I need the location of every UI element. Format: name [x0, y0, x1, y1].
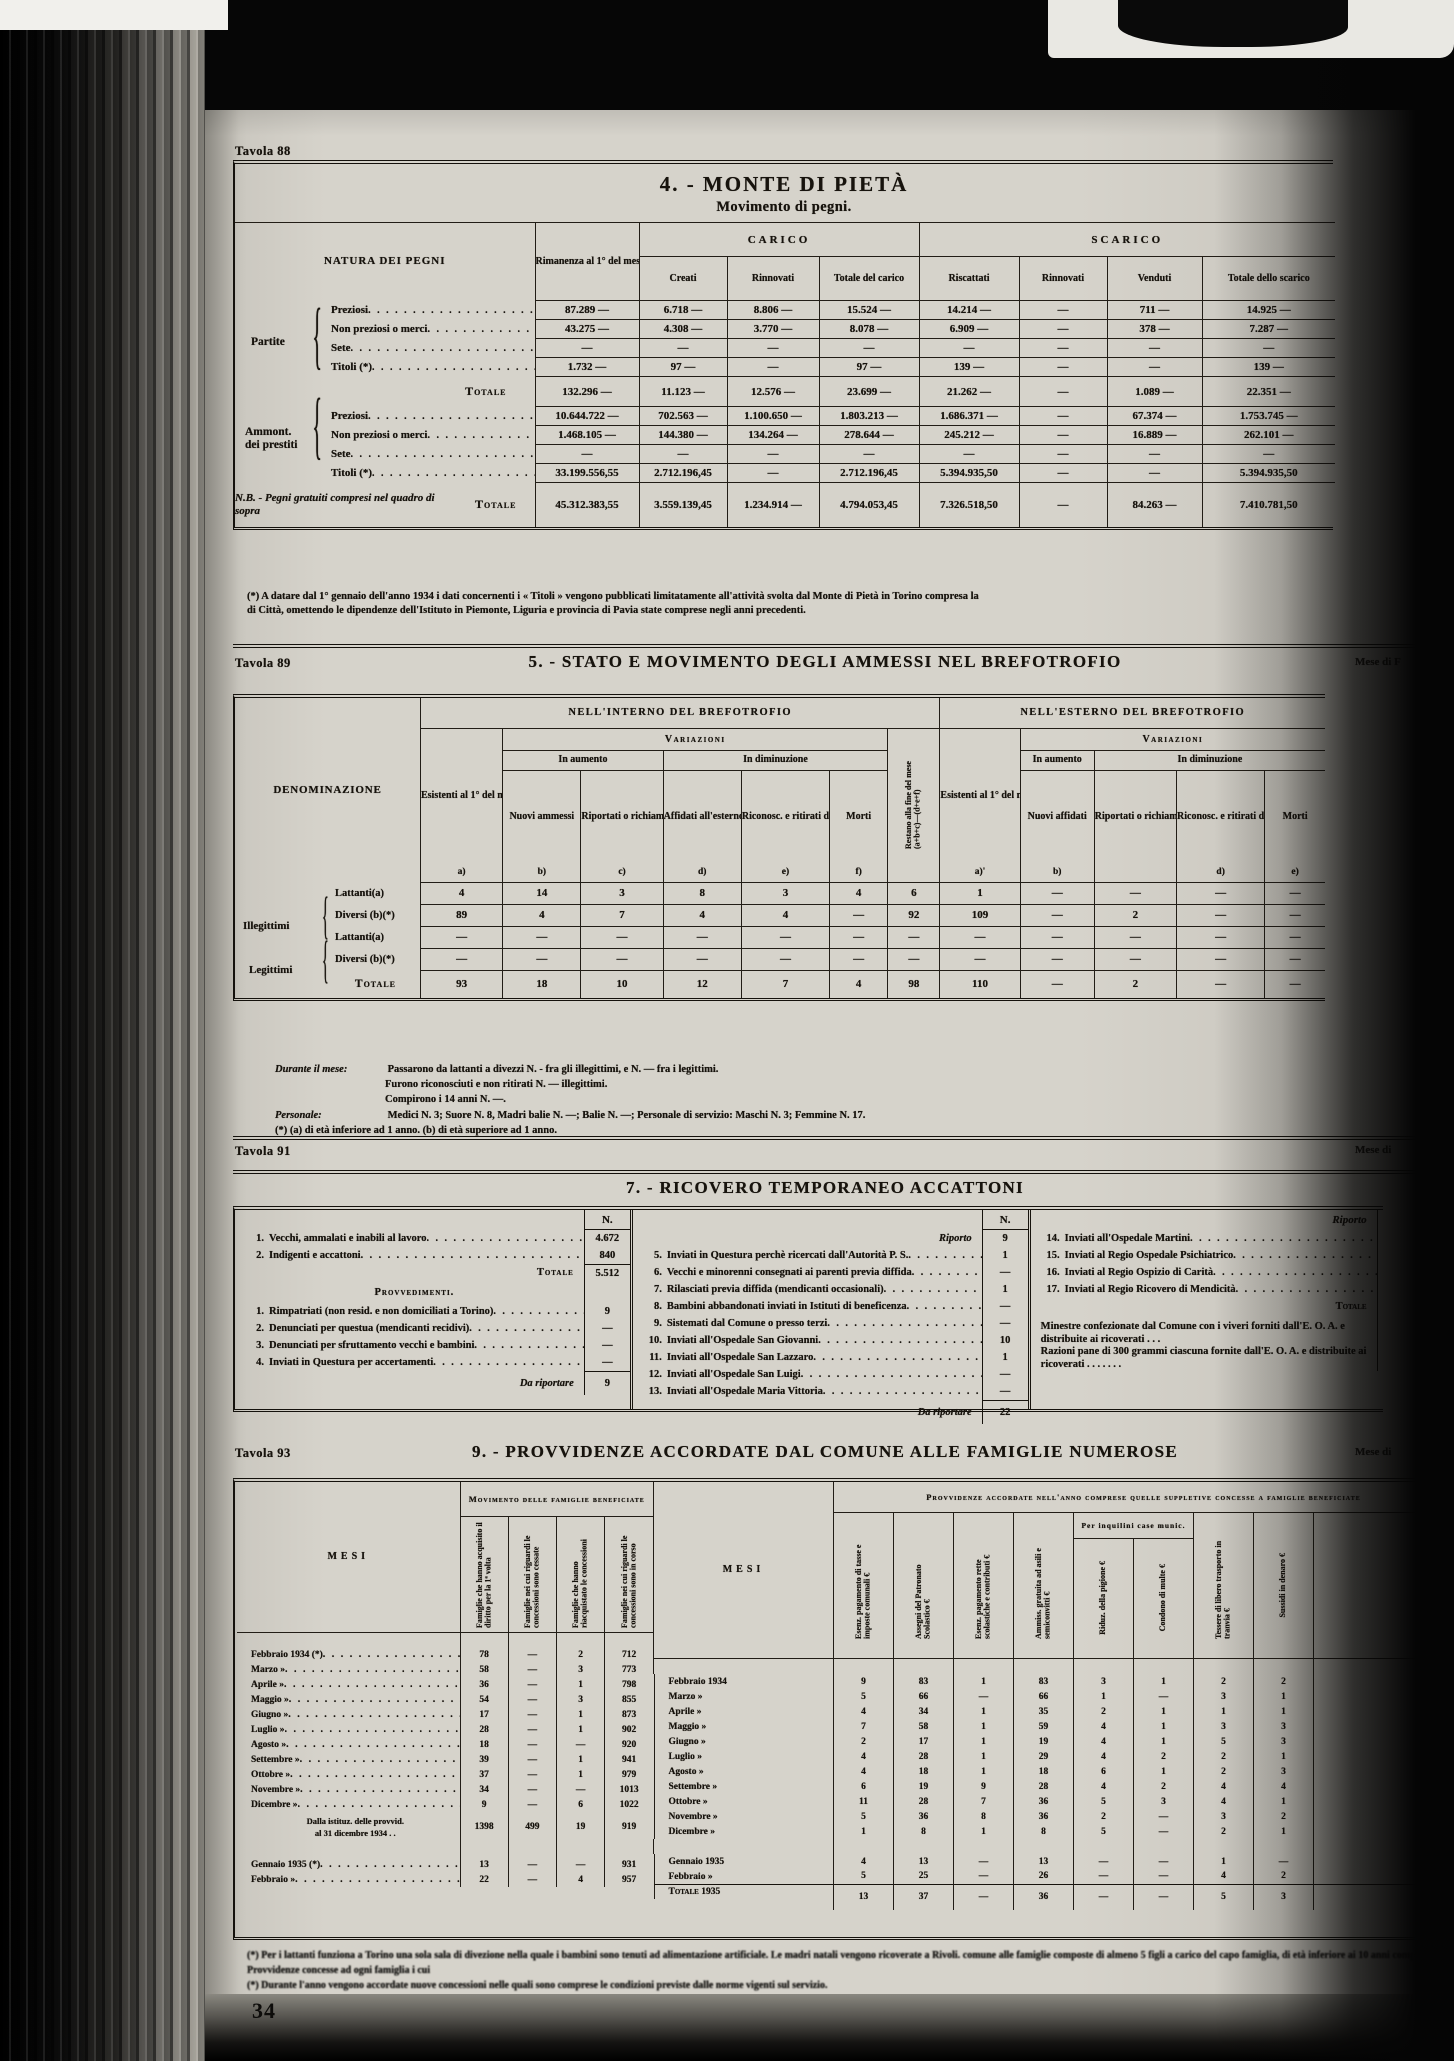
minestre-note: Minestre confezionate dal Comune con i v…	[1031, 1315, 1377, 1346]
cell: —	[1107, 445, 1202, 464]
item-number: 17.	[1041, 1284, 1065, 1295]
list-item: 17.Inviati al Regio Ricovero di Mendicit…	[1031, 1281, 1377, 1298]
cell: 7	[954, 1794, 1014, 1809]
provvidenze-table: MESI Movimento delle famiglie beneficiat…	[233, 1478, 1453, 1940]
table-row: Maggio » 54 — 3 855	[237, 1692, 653, 1707]
cell: 54	[460, 1692, 508, 1707]
totale-value: 5.512	[584, 1264, 630, 1281]
leader-dots	[427, 323, 534, 335]
leader-dots	[1190, 1233, 1377, 1244]
list-item: 6.Vecchi e minorenni consegnati ai paren…	[633, 1264, 982, 1281]
cell: 25	[894, 1869, 954, 1884]
cell: —	[1019, 358, 1107, 377]
item-value: 10	[982, 1332, 1028, 1349]
cell: 16.889 —	[1107, 426, 1202, 445]
rot-col-1-text: Famiglie che hanno acquisito il diritto …	[476, 1520, 493, 1628]
item-value: —	[982, 1315, 1028, 1332]
cell: 9	[460, 1797, 508, 1812]
tavola-88-label: Tavola 88	[235, 144, 291, 159]
cell: —	[1019, 320, 1107, 339]
cell: 3	[741, 882, 829, 904]
month-label: Ottobre »	[654, 1794, 834, 1809]
cell: 13	[894, 1854, 954, 1869]
cell: —	[1107, 464, 1202, 483]
month-text: Gennaio 1935	[669, 1857, 725, 1867]
leader-dots	[813, 1352, 981, 1363]
table-row: Aprile » 4 34 1 35 2 1 1 1	[654, 1704, 1454, 1719]
totale-text: Totale 1935	[669, 1887, 721, 1897]
nb-note: N.B. - Pegni gratuiti compresi nel quadr…	[235, 492, 435, 517]
rot-col-condono: Condono di multe €	[1134, 1538, 1194, 1658]
list-item: 8.Bambini abbandonati inviati in Istitut…	[633, 1298, 982, 1315]
table-row: Febbraio » 22 — 4 957	[237, 1872, 653, 1887]
leader-dots	[300, 1754, 460, 1765]
cell: 97 —	[819, 358, 919, 377]
cell: 1	[556, 1707, 604, 1722]
cell	[1314, 1719, 1454, 1734]
cell: —	[508, 1692, 556, 1707]
cell: —	[508, 1872, 556, 1887]
cell: 1	[954, 1824, 1014, 1839]
cell: —	[919, 445, 1019, 464]
cell: 35	[1014, 1704, 1074, 1719]
row-label-text: Lattanti(a)	[335, 932, 384, 943]
item-label: Inviati all'Ospedale San Giovanni	[667, 1335, 818, 1346]
col-aumento-est: In aumento	[1020, 750, 1094, 770]
cell: 1	[834, 1824, 894, 1839]
rot-col-assegni: Assegni del Patronato Scolastico €	[894, 1512, 954, 1658]
item-value: 840	[584, 1247, 630, 1264]
da-riportare-label: Da riportare	[633, 1400, 982, 1424]
cell: 1	[1134, 1764, 1194, 1779]
leader-dots	[801, 1369, 982, 1380]
cell: 711 —	[1107, 301, 1202, 320]
cell: 4	[1254, 1779, 1314, 1794]
rot-col-esenz: Esenz. pagamento di tasse e imposte comu…	[834, 1512, 894, 1658]
col-variazioni-est: Variazioni	[1020, 728, 1325, 750]
cell: 4	[503, 904, 581, 926]
cell: 5	[1194, 1734, 1254, 1749]
cell: 2	[1254, 1869, 1314, 1884]
cell: 37	[460, 1767, 508, 1782]
cell: —	[954, 1689, 1014, 1704]
cell: —	[508, 1662, 556, 1677]
cell: —	[830, 948, 888, 970]
month-text: Agosto »	[669, 1767, 704, 1777]
leader-dots	[433, 1357, 584, 1368]
spacer	[1014, 1839, 1074, 1854]
row-label-text: Preziosi	[331, 410, 368, 422]
tavola-91-label: Tavola 91	[235, 1144, 291, 1159]
table-row: Diversi (b)(*) — — — — — — — — — — — —	[235, 948, 1325, 970]
cell: 26	[1014, 1869, 1074, 1884]
item-value: —	[982, 1366, 1028, 1383]
cell: 11	[834, 1794, 894, 1809]
rot-col-rette-text: Esenz. pagamento rette scolastiche e con…	[975, 1531, 992, 1639]
cell: 7	[741, 970, 829, 998]
cell: 6	[888, 882, 940, 904]
month-text: Agosto »	[251, 1740, 286, 1750]
month-label: Febbraio 1934	[654, 1674, 834, 1689]
spacer	[605, 1842, 653, 1857]
cell: 43.275 —	[535, 320, 639, 339]
cell: 23.699 —	[819, 377, 919, 407]
item-label: Inviati all'Ospedale San Luigi	[667, 1369, 801, 1380]
item-number: 13.	[643, 1386, 667, 1397]
col-interno: NELL'INTERNO DEL BREFOTROFIO	[421, 698, 940, 728]
cell: 18	[1014, 1764, 1074, 1779]
cell: 34	[894, 1704, 954, 1719]
spacer	[508, 1842, 556, 1857]
note-line: Passarono da lattanti a divezzi N. - fra…	[388, 1064, 719, 1075]
monte-footnote: (*) A datare dal 1° gennaio dell'anno 19…	[247, 590, 1347, 618]
leader-dots	[372, 467, 534, 479]
provvidenze-right-grid: MESI Provvidenze accordate nell'anno com…	[653, 1482, 1453, 1910]
cell: 4	[834, 1704, 894, 1719]
spacer	[1074, 1839, 1134, 1854]
table-row: Dicembre » 1 8 1 8 5 — 2 1	[654, 1824, 1454, 1839]
item-value: —	[584, 1337, 630, 1354]
letter: f)	[830, 862, 888, 882]
month-label: Marzo »	[654, 1689, 834, 1704]
spacer	[1134, 1658, 1194, 1674]
col-nuovi-ammessi: Nuovi ammessi	[503, 770, 581, 862]
cell: 979	[605, 1767, 653, 1782]
spacer	[1254, 1658, 1314, 1674]
col-esistenti-est: Esistenti al 1° del mese	[940, 728, 1020, 862]
item-label: Inviati al Regio Ricovero di Mendicità	[1065, 1284, 1236, 1295]
month-label: Febbraio 1934 (*)	[237, 1647, 460, 1662]
month-label: Luglio »	[654, 1749, 834, 1764]
cell: 36	[1014, 1794, 1074, 1809]
cell: —	[1107, 358, 1202, 377]
row-label-text: Diversi (b)(*)	[335, 910, 395, 921]
cell: 1	[954, 1674, 1014, 1689]
cell	[1314, 1749, 1454, 1764]
item-label: Bambini abbandonati inviati in Istituti …	[667, 1301, 907, 1312]
list-item: 2.Indigenti e accattoni	[235, 1247, 584, 1264]
bottom-footnotes: (*) Per i lattanti funziona a Torino una…	[247, 1948, 1447, 1993]
cell: 13	[834, 1884, 894, 1910]
cell: 2	[834, 1734, 894, 1749]
spacer	[954, 1658, 1014, 1674]
monte-footnote-line1: (*) A datare dal 1° gennaio dell'anno 19…	[247, 591, 979, 602]
spacer	[834, 1658, 894, 1674]
cell: 36	[460, 1677, 508, 1692]
cell: 7	[581, 904, 663, 926]
list-item: 12.Inviati all'Ospedale San Luigi	[633, 1366, 982, 1383]
item-value: 9	[584, 1303, 630, 1320]
cell: 9	[954, 1779, 1014, 1794]
cell: 8	[894, 1824, 954, 1839]
riporto-label: Riporto	[633, 1230, 982, 1247]
cell: —	[1094, 882, 1176, 904]
leader-dots	[290, 1769, 459, 1780]
month-text: Gennaio 1935 (*)	[251, 1860, 320, 1870]
cell	[1314, 1764, 1454, 1779]
cell: —	[581, 948, 663, 970]
letter	[1094, 862, 1176, 882]
col-mesi: MESI	[237, 1482, 460, 1632]
cell: 1	[1194, 1854, 1254, 1869]
spacer	[1074, 1658, 1134, 1674]
cell: 12.576 —	[727, 377, 819, 407]
cell: 12	[663, 970, 741, 998]
cell: 1.100.650 —	[727, 407, 819, 426]
cell: 6	[556, 1797, 604, 1812]
leader-dots	[1213, 1267, 1376, 1278]
rot-col-esenz-text: Esenz. pagamento di tasse e imposte comu…	[855, 1531, 872, 1639]
rot-col-condono-text: Condono di multe €	[1159, 1564, 1167, 1631]
cell: —	[1265, 948, 1325, 970]
month-text: Ottobre »	[669, 1797, 708, 1807]
cell: —	[581, 926, 663, 948]
cell: 10	[581, 970, 663, 998]
month-label: Maggio »	[654, 1719, 834, 1734]
spacer	[556, 1632, 604, 1647]
col-denominazione: DENOMINAZIONE	[235, 698, 421, 882]
list-item: 1.Vecchi, ammalati e inabili al lavoro	[235, 1230, 584, 1247]
row-label: Titoli (*)	[235, 464, 535, 483]
cell: 2	[1094, 904, 1176, 926]
cell: 4.308 —	[639, 320, 727, 339]
cell: —	[1019, 426, 1107, 445]
letter: d)	[663, 862, 741, 882]
list-item: 14.Inviati all'Ospedale Martini	[1031, 1230, 1377, 1247]
cell: 36	[894, 1809, 954, 1824]
cell: —	[819, 339, 919, 358]
n-header: N.	[982, 1210, 1028, 1230]
divider-rule	[233, 1170, 1454, 1174]
ricovero-middle-block: N. Riporto 9 5.Inviati in Questura perch…	[630, 1210, 1028, 1409]
cell: —	[727, 445, 819, 464]
spacer	[508, 1632, 556, 1647]
cell: 1.753.745 —	[1202, 407, 1335, 426]
item-number: 2.	[245, 1323, 269, 1334]
cell: —	[830, 904, 888, 926]
ricovero-table: N. 1.Vecchi, ammalati e inabili al lavor…	[233, 1206, 1383, 1412]
month-text: Ottobre »	[251, 1770, 290, 1780]
cell: —	[421, 948, 503, 970]
cell: 1	[954, 1749, 1014, 1764]
cell: 6	[834, 1779, 894, 1794]
brefotrofio-notes: Durante il mese: Passarono da lattanti a…	[275, 1062, 1355, 1138]
cell: —	[1019, 339, 1107, 358]
cell: —	[556, 1857, 604, 1872]
spacer	[237, 1842, 460, 1857]
cell: 1	[1134, 1704, 1194, 1719]
spacer-row	[654, 1839, 1454, 1854]
list-item: 10.Inviati all'Ospedale San Giovanni	[633, 1332, 982, 1349]
provvidenze-left-grid: MESI Movimento delle famiglie beneficiat…	[237, 1482, 653, 1887]
item-label: Denunciati per sfruttamento vecchi e bam…	[269, 1340, 474, 1351]
ricovero-left-block: N. 1.Vecchi, ammalati e inabili al lavor…	[235, 1210, 630, 1409]
cell: —	[1020, 882, 1094, 904]
cell: —	[819, 445, 919, 464]
cell: —	[508, 1767, 556, 1782]
month-text: Maggio »	[251, 1695, 289, 1705]
cell: 4	[1074, 1779, 1134, 1794]
month-label: Febbraio »	[654, 1869, 834, 1884]
group-ammontare: Ammont. dei prestiti	[245, 426, 298, 451]
cell: 6.909 —	[919, 320, 1019, 339]
totale-label: Totale	[235, 377, 535, 407]
brace: {	[313, 384, 322, 471]
cell: 1	[954, 1734, 1014, 1749]
cell: —	[1020, 970, 1094, 998]
month-text: Marzo »	[251, 1665, 285, 1675]
table-row: Gennaio 1935 (*) 13 — — 931	[237, 1857, 653, 1872]
leader-dots	[288, 1709, 459, 1720]
cell: —	[1020, 948, 1094, 970]
item-label: Inviati all'Ospedale Martini	[1065, 1233, 1190, 1244]
row-label-text: Preziosi	[331, 304, 368, 316]
razioni-note: Razioni pane di 300 grammi ciascuna forn…	[1031, 1346, 1377, 1371]
totale-label: Totale	[235, 1264, 584, 1281]
item-label: Rimpatriati (non resid. e non domiciliat…	[269, 1306, 493, 1317]
table-row: Giugno » 2 17 1 19 4 1 5 3	[654, 1734, 1454, 1749]
cell: 1.234.914 —	[727, 483, 819, 527]
cell: 773	[605, 1662, 653, 1677]
cell	[1314, 1869, 1454, 1884]
cell: 5	[1074, 1794, 1134, 1809]
item-value: —	[982, 1383, 1028, 1400]
cell: 22	[460, 1872, 508, 1887]
cell: 8.806 —	[727, 301, 819, 320]
item-number: 7.	[643, 1284, 667, 1295]
cell: 902	[605, 1722, 653, 1737]
cell: 2.712.196,45	[819, 464, 919, 483]
cell: 5.394.935,50	[919, 464, 1019, 483]
cell: —	[663, 926, 741, 948]
cell: 4	[421, 882, 503, 904]
scanned-book-page: { "page": {"number": "34"}, "frags": {"m…	[0, 0, 1454, 2061]
cell: —	[508, 1737, 556, 1752]
table-row: Lattanti(a) — — — — — — — — — — — —	[235, 926, 1325, 948]
cell: —	[954, 1869, 1014, 1884]
leader-dots	[823, 1386, 982, 1397]
item-number: 8.	[643, 1301, 667, 1312]
cell: —	[508, 1857, 556, 1872]
note-line: Medici N. 3; Suore N. 8, Madri balie N. …	[388, 1110, 866, 1121]
group-ammontare-l2: dei prestiti	[245, 439, 298, 451]
cell: 5	[834, 1869, 894, 1884]
group-ammontare-l1: Ammont.	[245, 426, 291, 438]
cell: 2	[1094, 970, 1176, 998]
item-label: Inviati all'Ospedale Maria Vittoria	[667, 1386, 823, 1397]
cell: —	[1265, 904, 1325, 926]
cell: —	[727, 464, 819, 483]
cell: 3	[1194, 1689, 1254, 1704]
cell: 109	[940, 904, 1020, 926]
table-row: Marzo » 58 — 3 773	[237, 1662, 653, 1677]
cell: —	[1020, 926, 1094, 948]
cell: —	[1107, 339, 1202, 358]
cell: 3.559.139,45	[639, 483, 727, 527]
note-line: Furono riconosciuti e non ritirati N. — …	[275, 1077, 1355, 1092]
cell: —	[1019, 407, 1107, 426]
month-text: Maggio »	[669, 1722, 707, 1732]
letter: e)	[741, 862, 829, 882]
col-nuovi-affidati: Nuovi affidati	[1020, 770, 1094, 862]
list-item: 3.Denunciati per sfruttamento vecchi e b…	[235, 1337, 584, 1354]
month-label: Febbraio »	[237, 1872, 460, 1887]
table-row: Non preziosi o merci 1.468.105 — 144.380…	[235, 426, 1335, 445]
leader-dots	[372, 361, 534, 373]
list-item: 5.Inviati in Questura perchè ricercati d…	[633, 1247, 982, 1264]
cell: 3	[1194, 1719, 1254, 1734]
spacer	[654, 1839, 834, 1854]
cell: 33.199.556,55	[535, 464, 639, 483]
cell: —	[888, 926, 940, 948]
brace: {	[322, 930, 328, 991]
brefotrofio-table: DENOMINAZIONE NELL'INTERNO DEL BREFOTROF…	[233, 694, 1325, 1001]
table-row: Preziosi 87.289 — 6.718 — 8.806 — 15.524…	[235, 301, 1335, 320]
divider-rule	[233, 644, 1454, 648]
cell: 66	[1014, 1689, 1074, 1704]
spacer	[1254, 1839, 1314, 1854]
da-riportare-value: 22	[982, 1400, 1028, 1424]
cell: —	[508, 1797, 556, 1812]
brace: {	[313, 294, 322, 381]
list-item: 2.Denunciati per questua (mendicanti rec…	[235, 1320, 584, 1337]
item-label: Indigenti e accattoni	[269, 1250, 361, 1261]
cell: —	[954, 1884, 1014, 1910]
month-label: Giugno »	[654, 1734, 834, 1749]
cell: 139 —	[919, 358, 1019, 377]
rot-col-pigione-text: Riduz. della pigione €	[1099, 1561, 1107, 1635]
bottom-footnote-line1: (*) Per i lattanti funziona a Torino una…	[247, 1950, 960, 1961]
month-text: Febbraio »	[251, 1875, 295, 1885]
table-row: Lattanti(a) 4 14 3 8 3 4 6 1 — — — —	[235, 882, 1325, 904]
cell: 92	[888, 904, 940, 926]
cell: 1	[954, 1764, 1014, 1779]
month-text: Aprile »	[669, 1707, 702, 1717]
cell: 10.644.722 —	[535, 407, 639, 426]
col-riconosc-est: Riconosc. e ritirati dai genitori	[1177, 770, 1265, 862]
cell: —	[663, 948, 741, 970]
item-value: 4.672	[584, 1230, 630, 1247]
cell: 34	[460, 1782, 508, 1797]
cell: —	[508, 1782, 556, 1797]
spacer	[894, 1839, 954, 1854]
item-number: 1.	[245, 1306, 269, 1317]
spacer-row	[237, 1632, 653, 1647]
cell: —	[1074, 1854, 1134, 1869]
table-row: Febbraio 1934 (*) 78 — 2 712	[237, 1647, 653, 1662]
cell: 3.770 —	[727, 320, 819, 339]
month-text: Marzo »	[669, 1692, 703, 1702]
spacer	[605, 1632, 653, 1647]
cell: —	[556, 1737, 604, 1752]
n-header: N.	[584, 1210, 630, 1230]
cell: 36	[1014, 1809, 1074, 1824]
cell: 3	[1134, 1794, 1194, 1809]
cell: —	[727, 358, 819, 377]
month-label: Gennaio 1935	[654, 1854, 834, 1869]
month-label: Maggio »	[237, 1692, 460, 1707]
table-row: Titoli (*) 33.199.556,55 2.712.196,45 — …	[235, 464, 1335, 483]
cell: 262.101 —	[1202, 426, 1335, 445]
col-morti-est: Morti	[1265, 770, 1325, 862]
table-row: Giugno » 17 — 1 873	[237, 1707, 653, 1722]
cell: 7.410.781,50	[1202, 483, 1335, 527]
cell: 8	[663, 882, 741, 904]
cell: —	[1019, 301, 1107, 320]
leader-dots	[300, 1784, 459, 1795]
rot-col-tessere: Tessere di libero trasporto in tranvia €	[1194, 1512, 1254, 1658]
tavola-89-label: Tavola 89	[235, 656, 291, 671]
